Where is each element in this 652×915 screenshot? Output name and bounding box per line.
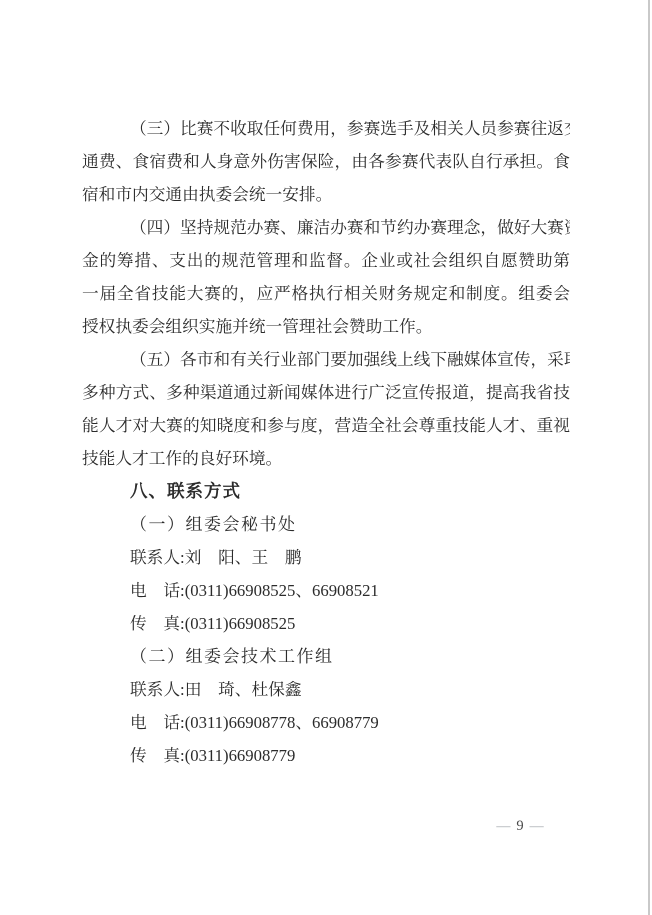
contact-1-person: 联系人:刘 阳、王 鹏 [82,541,570,574]
page-number-dash-right: — [530,819,544,834]
paragraph-5-line-3: 能人才对大赛的知晓度和参与度，营造全社会尊重技能人才、重视 [82,409,570,442]
contact-2-title: （二）组委会技术工作组 [82,640,570,673]
paragraph-5-line-4: 技能人才工作的良好环境。 [82,442,570,475]
section-heading: 八、联系方式 [82,475,570,508]
paragraph-5-line-1: （五）各市和有关行业部门要加强线上线下融媒体宣传，采取 [82,343,570,376]
contact-2-phone: 电 话:(0311)66908778、66908779 [82,706,570,739]
paragraph-3-line-2: 通费、食宿费和人身意外伤害保险，由各参赛代表队自行承担。食 [82,145,570,178]
contact-1-title: （一）组委会秘书处 [82,508,570,541]
paragraph-3-line-1: （三）比赛不收取任何费用，参赛选手及相关人员参赛往返交 [82,112,570,145]
paragraph-5-line-2: 多种方式、多种渠道通过新闻媒体进行广泛宣传报道，提高我省技 [82,376,570,409]
contact-2-person: 联系人:田 琦、杜保鑫 [82,673,570,706]
page-number: —9— [470,814,570,838]
document-body: （三）比赛不收取任何费用，参赛选手及相关人员参赛往返交 通费、食宿费和人身意外伤… [82,112,570,772]
contact-2-fax: 传 真:(0311)66908779 [82,739,570,772]
paragraph-4-line-1: （四）坚持规范办赛、廉洁办赛和节约办赛理念，做好大赛资 [82,211,570,244]
contact-1-phone: 电 话:(0311)66908525、66908521 [82,574,570,607]
page-number-value: 9 [516,818,523,834]
document-page: （三）比赛不收取任何费用，参赛选手及相关人员参赛往返交 通费、食宿费和人身意外伤… [0,0,652,915]
page-number-dash-left: — [496,819,510,834]
paragraph-4-line-4: 授权执委会组织实施并统一管理社会赞助工作。 [82,310,570,343]
scan-edge-line [648,0,650,915]
contact-1-fax: 传 真:(0311)66908525 [82,607,570,640]
paragraph-4-line-3: 一届全省技能大赛的，应严格执行相关财务规定和制度。组委会 [82,277,570,310]
paragraph-4-line-2: 金的筹措、支出的规范管理和监督。企业或社会组织自愿赞助第 [82,244,570,277]
paragraph-3-line-3: 宿和市内交通由执委会统一安排。 [82,178,570,211]
